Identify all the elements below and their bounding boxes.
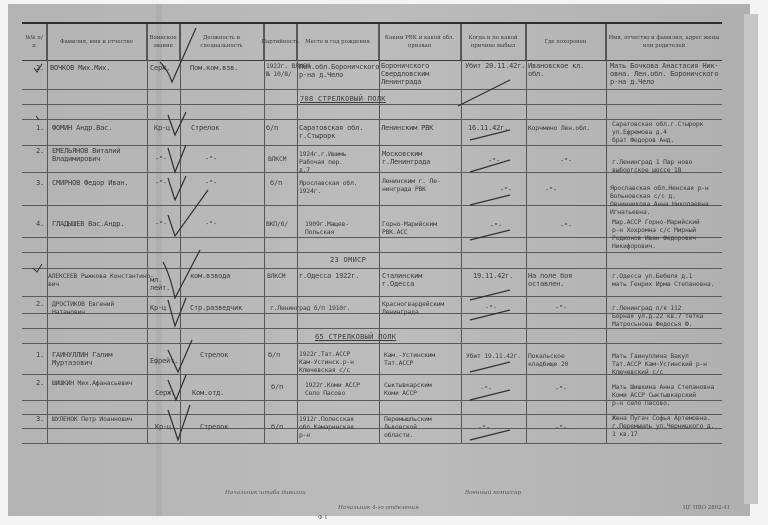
print-code: ЦГ ПВО 2892-41 <box>683 505 730 511</box>
footer-commissar: Военный комиссар <box>465 490 521 496</box>
footer-chief-of-dept: Начальник 4-го отделения <box>338 505 419 511</box>
handwritten-checkmarks <box>0 0 768 525</box>
page-marker: Ф-1 <box>318 515 328 521</box>
footer-chief-of-staff: Начальник штаба дивизии <box>225 490 306 496</box>
